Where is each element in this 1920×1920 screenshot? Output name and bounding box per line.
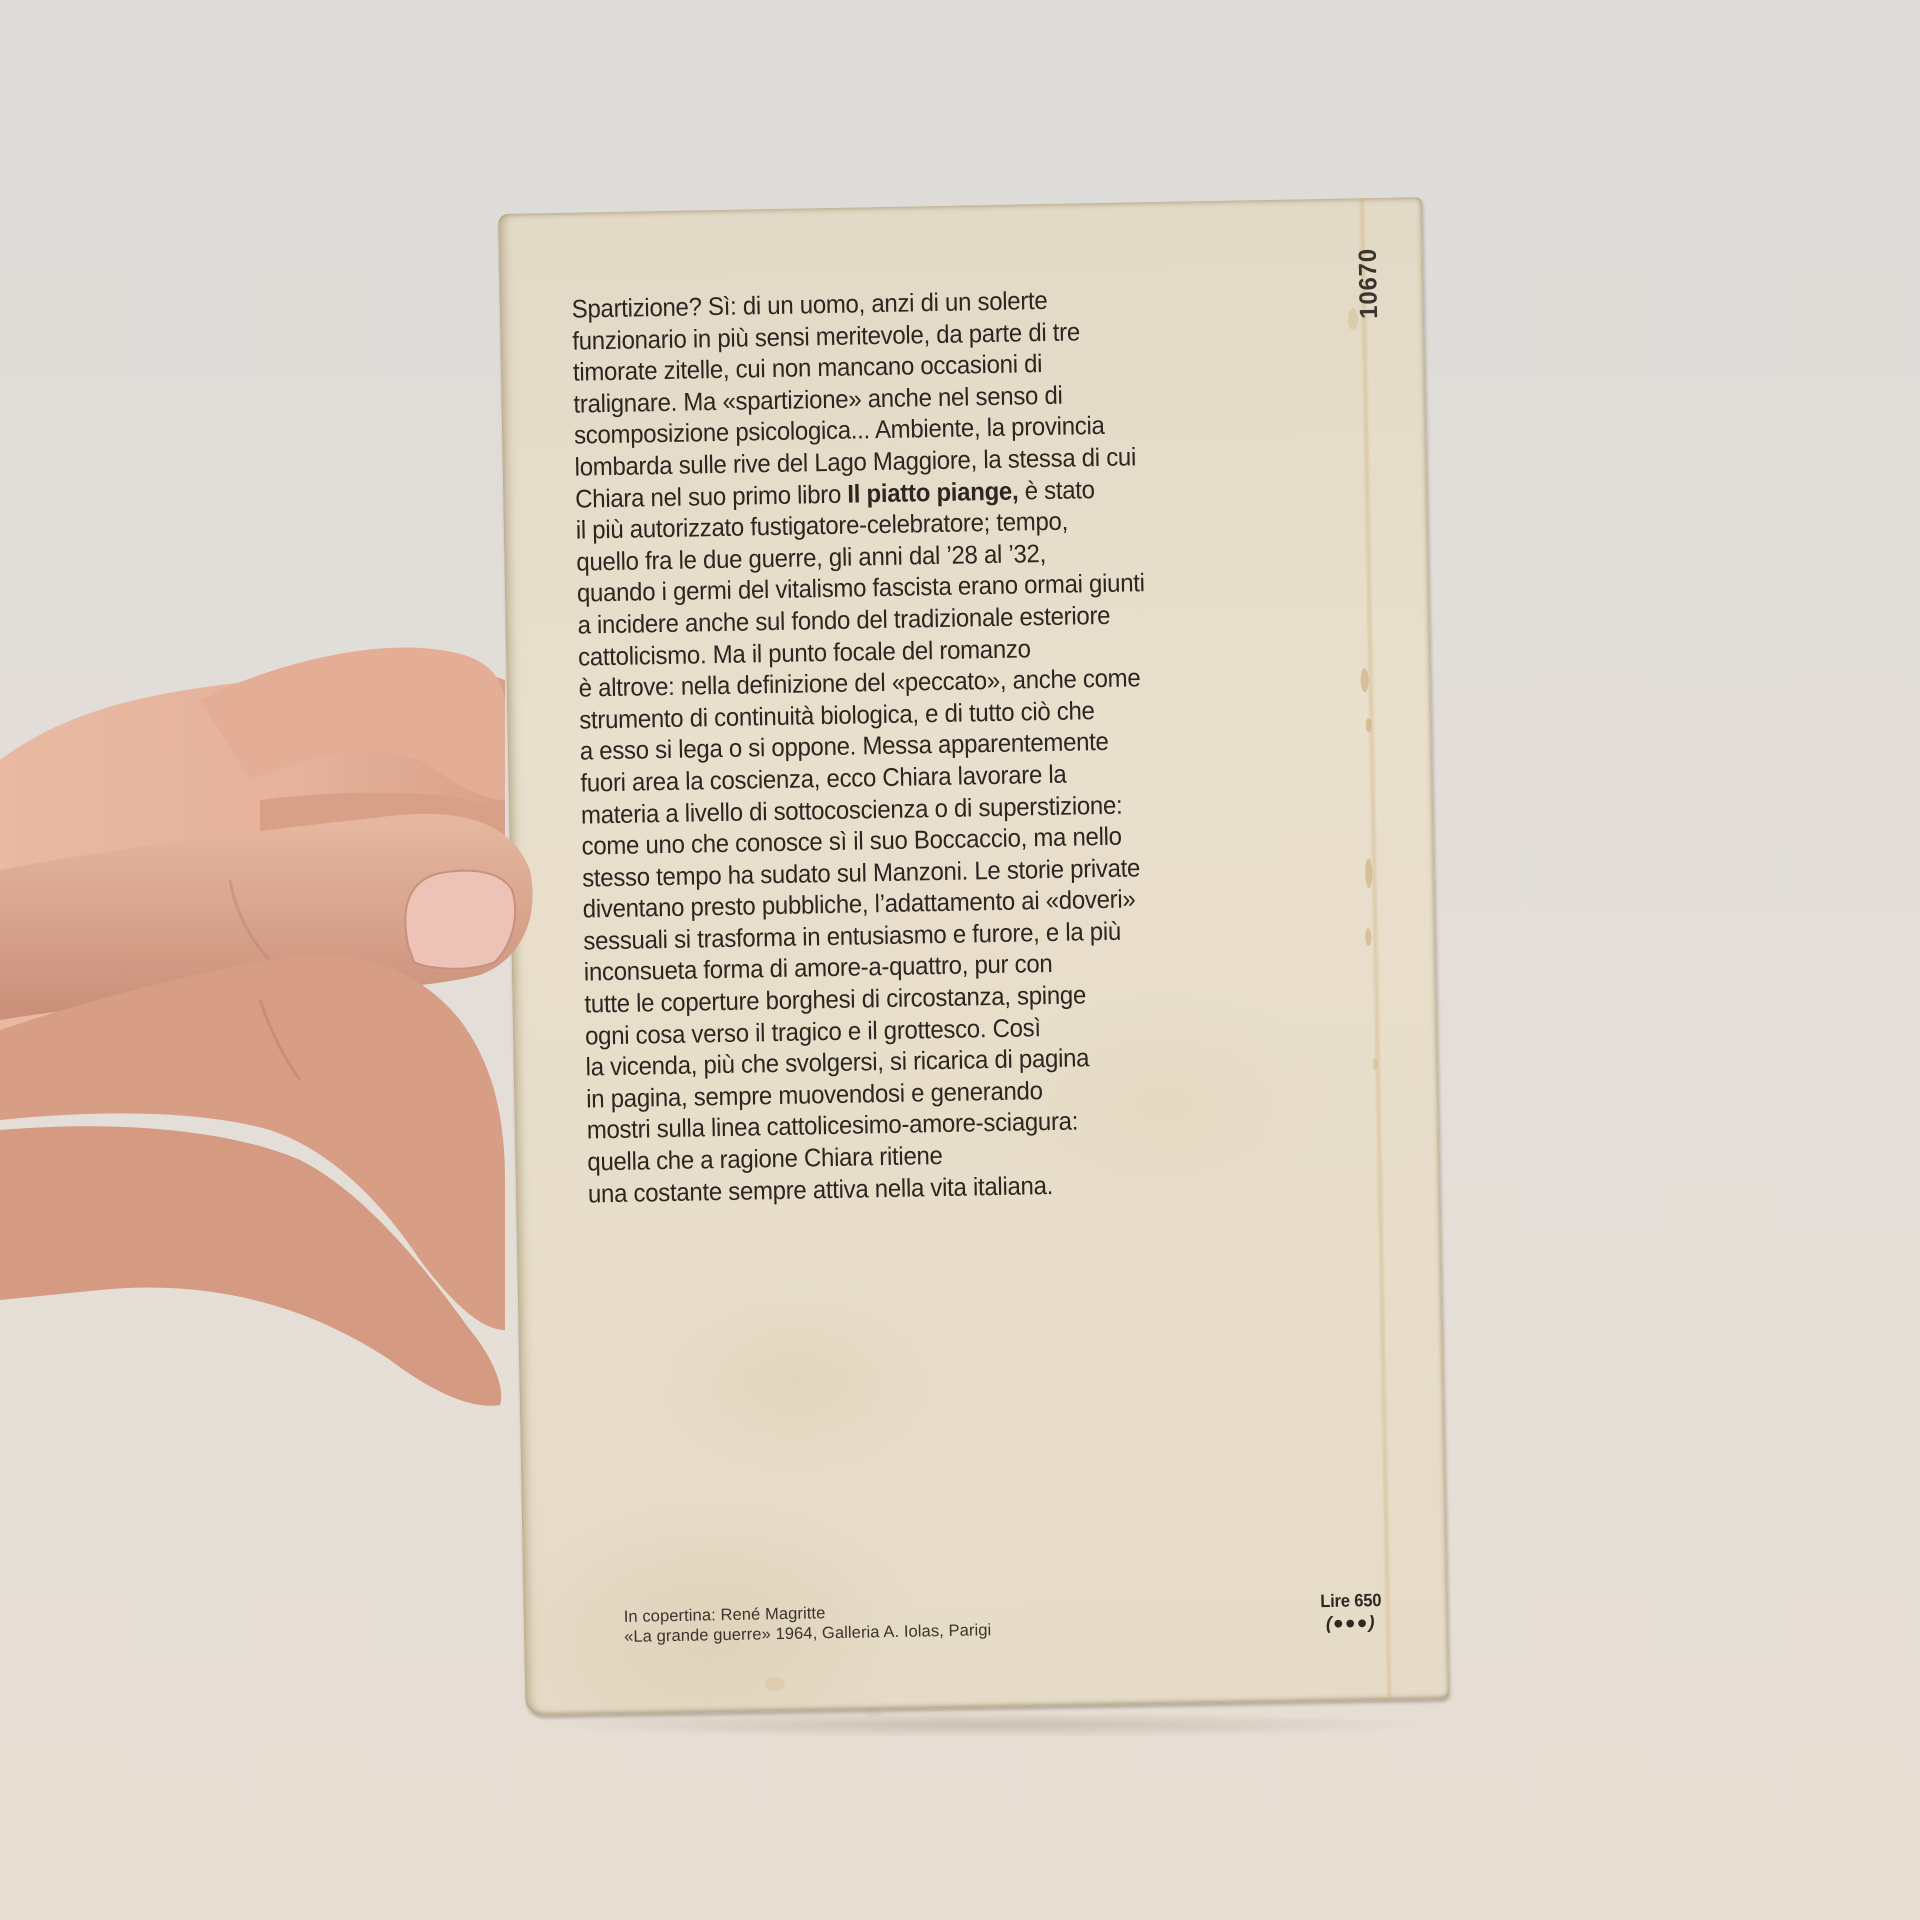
thumb (0, 814, 533, 1020)
palm (0, 664, 505, 1030)
stain (1360, 668, 1368, 692)
thumbnail (405, 871, 515, 969)
index-finger (200, 647, 505, 800)
blurb-text: è stato (1018, 476, 1095, 505)
price-amount: Lire 650 (1320, 1590, 1382, 1612)
series-dots-mark: (●●●) (1317, 1612, 1384, 1634)
stain (765, 1677, 785, 1691)
stain (1365, 718, 1371, 732)
knuckle-crease (260, 1000, 300, 1080)
book-title-bold: Il piatto piange, (847, 477, 1018, 508)
stain (1373, 1058, 1378, 1070)
back-cover-blurb: Spartizione? Sì: di un uomo, anzi di un … (571, 284, 1155, 1210)
knuckle-crease (230, 880, 270, 960)
catalog-number: 10670 (1354, 248, 1384, 319)
ring-finger (0, 954, 505, 1330)
middle-finger (260, 793, 505, 881)
book-back-cover: 10670 Spartizione? Sì: di un uomo, anzi … (498, 197, 1449, 1716)
price-block: Lire 650 (●●●) (1317, 1590, 1384, 1634)
blurb-text: Chiara nel suo primo libro (575, 480, 848, 513)
stain (1365, 928, 1371, 946)
cover-art-credit: In copertina: René Magritte «La grande g… (624, 1600, 992, 1647)
book-shadow (525, 1712, 1445, 1738)
pinky-finger (0, 1126, 501, 1406)
spine-crease (1358, 198, 1394, 1700)
